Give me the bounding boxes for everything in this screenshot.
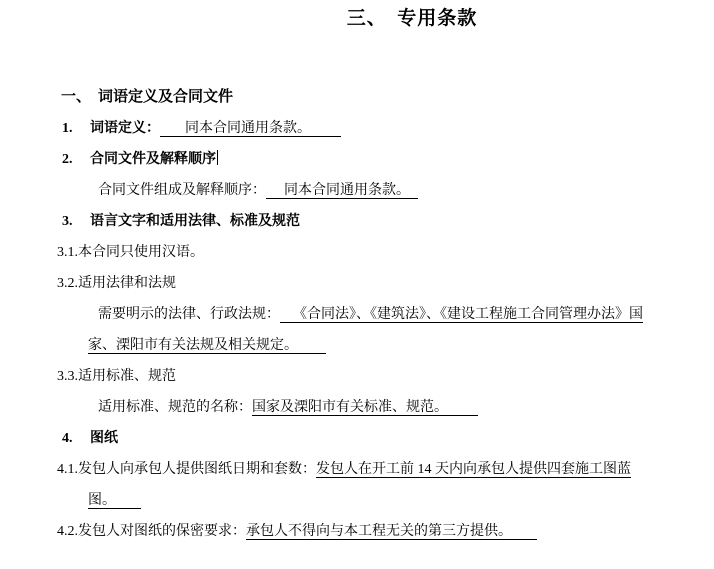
clause-3-3: 3.3.适用标准、规范: [57, 361, 714, 392]
clause-2-sub-fill-in-value: 同本合同通用条款。: [266, 183, 418, 199]
clause-2-label: 合同文件及解释顺序: [90, 152, 216, 167]
clause-3-number: 3.: [62, 206, 90, 237]
section-heading-1-text: 词语定义及合同文件: [98, 89, 233, 105]
clause-4-1-line-1: 4.1.发包人向承包人提供图纸日期和套数：发包人在开工前 14 天内向承包人提供…: [57, 454, 714, 485]
clause-2-number: 2.: [62, 144, 90, 175]
clause-3-1: 3.1.本合同只使用汉语。: [57, 237, 714, 268]
clause-4-1-fill-in-value-line-1: 发包人在开工前 14 天内向承包人提供四套施工图蓝: [316, 462, 631, 478]
clause-3-3-sub-label: 适用标准、规范的名称：: [98, 400, 252, 415]
clause-1-number: 1.: [62, 113, 90, 144]
clause-3-3-subclause: 适用标准、规范的名称：国家及溧阳市有关标准、规范。: [98, 392, 714, 423]
clause-3-3-fill-in-value: 国家及溧阳市有关标准、规范。: [252, 400, 478, 416]
clause-1-fill-in-value: 同本合同通用条款。: [160, 121, 341, 137]
document-page: 三、 专用条款 一、词语定义及合同文件 1.词语定义：同本合同通用条款。 2.合…: [0, 0, 714, 569]
clause-3-2-fill-in-value-line-1: 《合同法》、《建筑法》、《建设工程施工合同管理办法》国: [280, 307, 643, 323]
clause-3-2-subclause-line-2: 家、溧阳市有关法规及相关规定。: [88, 330, 714, 361]
text-caret: [217, 150, 218, 165]
clause-2: 2.合同文件及解释顺序: [62, 144, 714, 175]
clause-3-2-subclause-line-1: 需要明示的法律、行政法规：《合同法》、《建筑法》、《建设工程施工合同管理办法》国: [98, 299, 714, 330]
clause-4-1-label: 4.1.发包人向承包人提供图纸日期和套数：: [57, 462, 316, 477]
clause-4-1-fill-in-value-line-2: 图。: [88, 493, 141, 509]
clause-3-2-fill-in-value-line-2: 家、溧阳市有关法规及相关规定。: [88, 338, 326, 354]
clause-3: 3.语言文字和适用法律、标准及规范: [62, 206, 714, 237]
clause-3-2: 3.2.适用法律和法规: [57, 268, 714, 299]
clause-3-label: 语言文字和适用法律、标准及规范: [90, 214, 300, 229]
page-title: 三、 专用条款: [0, 0, 714, 31]
clause-4-label: 图纸: [90, 431, 118, 446]
clause-4-2: 4.2.发包人对图纸的保密要求：承包人不得向与本工程无关的第三方提供。: [57, 516, 714, 547]
clause-2-subclause: 合同文件组成及解释顺序：同本合同通用条款。: [98, 175, 714, 206]
section-heading-1: 一、词语定义及合同文件: [61, 82, 714, 113]
clause-4-2-fill-in-value: 承包人不得向与本工程无关的第三方提供。: [246, 524, 537, 540]
clause-4-1-line-2: 图。: [88, 485, 714, 516]
section-heading-1-number: 一、: [61, 82, 98, 113]
document-body: 一、词语定义及合同文件 1.词语定义：同本合同通用条款。 2.合同文件及解释顺序…: [0, 82, 714, 547]
clause-2-sub-label: 合同文件组成及解释顺序：: [98, 183, 266, 198]
clause-1: 1.词语定义：同本合同通用条款。: [62, 113, 714, 144]
clause-4-2-label: 4.2.发包人对图纸的保密要求：: [57, 524, 246, 539]
clause-1-label: 词语定义：: [90, 121, 160, 136]
clause-4-number: 4.: [62, 423, 90, 454]
clause-4: 4.图纸: [62, 423, 714, 454]
clause-3-2-sub-label: 需要明示的法律、行政法规：: [98, 307, 280, 322]
